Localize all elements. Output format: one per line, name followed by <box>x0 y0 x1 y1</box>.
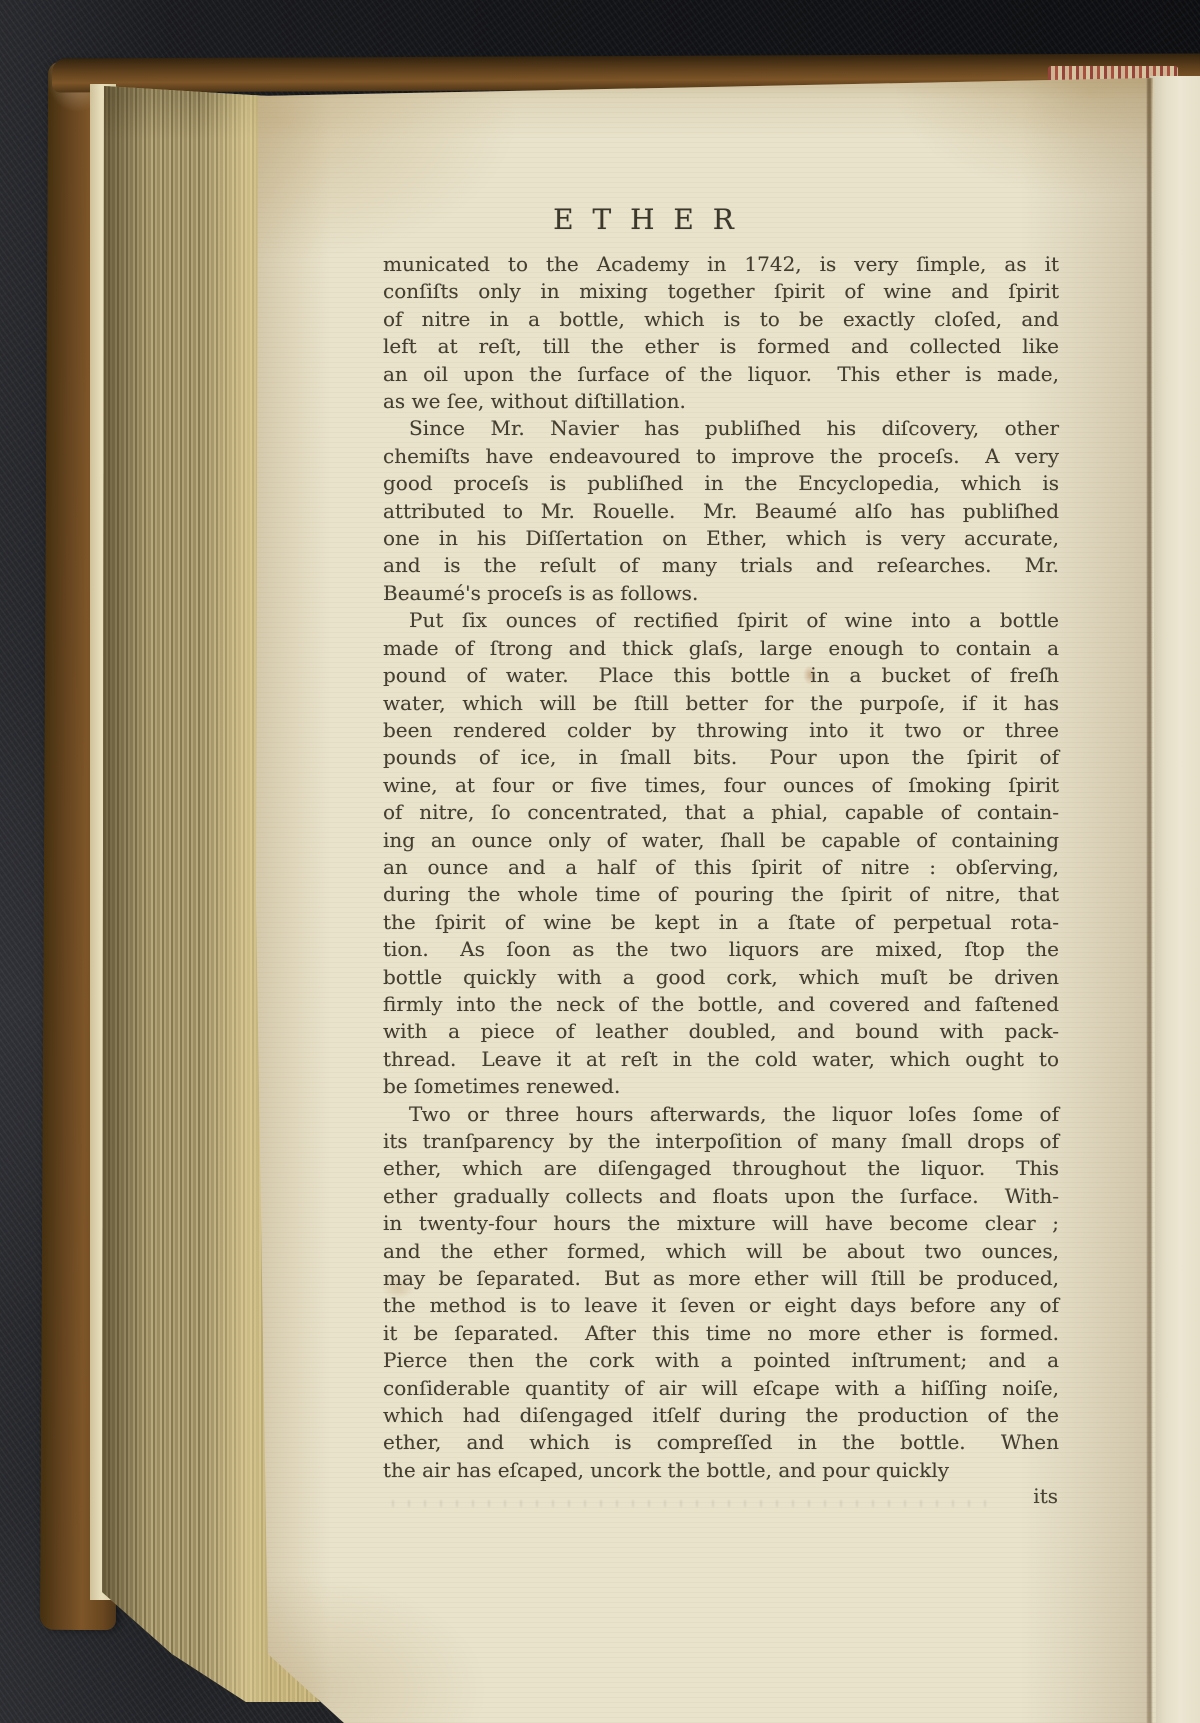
text-line: pound of water. Place this bottle in a b… <box>383 662 1059 689</box>
ink-offset-marks <box>392 1500 992 1507</box>
text-line: one in his Diſſertation on Ether, which … <box>383 525 1059 552</box>
text-line: chemiſts have endeavoured to improve the… <box>383 443 1059 470</box>
text-line: Since Mr. Navier has publiſhed his diſco… <box>383 415 1059 442</box>
text-line: ether, and which is compreſſed in the bo… <box>383 1429 1059 1456</box>
text-line: firmly into the neck of the bottle, and … <box>383 991 1059 1018</box>
text-line: may be ſeparated. But as more ether will… <box>383 1265 1059 1292</box>
text-line: it be ſeparated. After this time no more… <box>383 1320 1059 1347</box>
text-line: with a piece of leather doubled, and bou… <box>383 1018 1059 1045</box>
text-line: been rendered colder by throwing into it… <box>383 717 1059 744</box>
text-line: conſiſts only in mixing together ſpirit … <box>383 278 1059 305</box>
text-line: of nitre, ſo concentrated, that a phial,… <box>383 799 1059 826</box>
text-line: municated to the Academy in 1742, is ver… <box>383 251 1059 278</box>
text-line: of nitre in a bottle, which is to be exa… <box>383 306 1059 333</box>
text-line: ing an ounce only of water, ſhall be cap… <box>383 827 1059 854</box>
text-line: and the ether formed, which will be abou… <box>383 1238 1059 1265</box>
page-header-title: E T H E R <box>383 205 1059 235</box>
text-line: tion. As ſoon as the two liquors are mix… <box>383 936 1059 963</box>
text-line: which had diſengaged itſelf during the p… <box>383 1402 1059 1429</box>
text-line: bottle quickly with a good cork, which m… <box>383 964 1059 991</box>
text-line: Put ſix ounces of rectified ſpirit of wi… <box>383 607 1059 634</box>
catchword: its <box>1000 1483 1058 1510</box>
gutter-shadow <box>1147 78 1151 1723</box>
text-line: left at reſt, till the ether is formed a… <box>383 333 1059 360</box>
text-line: ether gradually collects and floats upon… <box>383 1183 1059 1210</box>
text-line: good proceſs is publiſhed in the Encyclo… <box>383 470 1059 497</box>
text-line: ether, which are diſengaged throughout t… <box>383 1155 1059 1182</box>
text-line: pounds of ice, in ſmall bits. Pour upon … <box>383 744 1059 771</box>
text-line: Two or three hours afterwards, the liquo… <box>383 1101 1059 1128</box>
text-line: and is the reſult of many trials and reſ… <box>383 552 1059 579</box>
text-line: in twenty-four hours the mixture will ha… <box>383 1210 1059 1237</box>
text-line: Beaumé's proceſs is as follows. <box>383 580 1059 607</box>
text-line: water, which will be ſtill better for th… <box>383 690 1059 717</box>
text-line: Pierce then the cork with a pointed inſt… <box>383 1347 1059 1374</box>
text-line: the air has eſcaped, uncork the bottle, … <box>383 1457 1059 1484</box>
page-text: municated to the Academy in 1742, is ver… <box>383 251 1059 1484</box>
text-line: the method is to leave it ſeven or eight… <box>383 1292 1059 1319</box>
text-line: an ounce and a half of this ſpirit of ni… <box>383 854 1059 881</box>
facing-page <box>1150 76 1200 1723</box>
text-line: made of ſtrong and thick glaſs, large en… <box>383 635 1059 662</box>
text-line: an oil upon the ſurface of the liquor. T… <box>383 361 1059 388</box>
text-line: be ſometimes renewed. <box>383 1073 1059 1100</box>
photo-backdrop: E T H E R municated to the Academy in 17… <box>0 0 1200 1723</box>
text-line: conſiderable quantity of air will eſcape… <box>383 1375 1059 1402</box>
text-line: during the whole time of pouring the ſpi… <box>383 881 1059 908</box>
text-line: as we ſee, without diſtillation. <box>383 388 1059 415</box>
text-line: attributed to Mr. Rouelle. Mr. Beaumé al… <box>383 498 1059 525</box>
text-line: its tranſparency by the interpoſition of… <box>383 1128 1059 1155</box>
text-line: thread. Leave it at reſt in the cold wat… <box>383 1046 1059 1073</box>
text-line: wine, at four or five times, four ounces… <box>383 772 1059 799</box>
text-line: the ſpirit of wine be kept in a ſtate of… <box>383 909 1059 936</box>
